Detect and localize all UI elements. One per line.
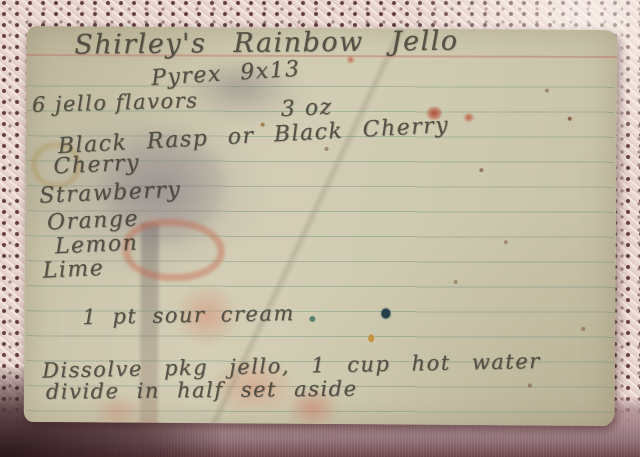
flavor-cherry: Cherry (53, 150, 141, 179)
flavor-lemon: Lemon (54, 231, 138, 260)
ingredient-size: 3 oz (280, 95, 333, 122)
recipe-card: Shirley's Rainbow Jello Pyrex 9x13 6 jel… (24, 26, 618, 426)
instruction-divide: divide in half set aside (46, 377, 358, 404)
ingredient-sour-cream: 1 pt sour cream (82, 301, 295, 329)
recipe-title: Shirley's Rainbow Jello (74, 26, 459, 61)
photograph: Shirley's Rainbow Jello Pyrex 9x13 6 jel… (0, 0, 640, 457)
flavor-lime: Lime (42, 256, 105, 284)
ingredient-jello-flavors: 6 jello flavors (32, 88, 199, 117)
